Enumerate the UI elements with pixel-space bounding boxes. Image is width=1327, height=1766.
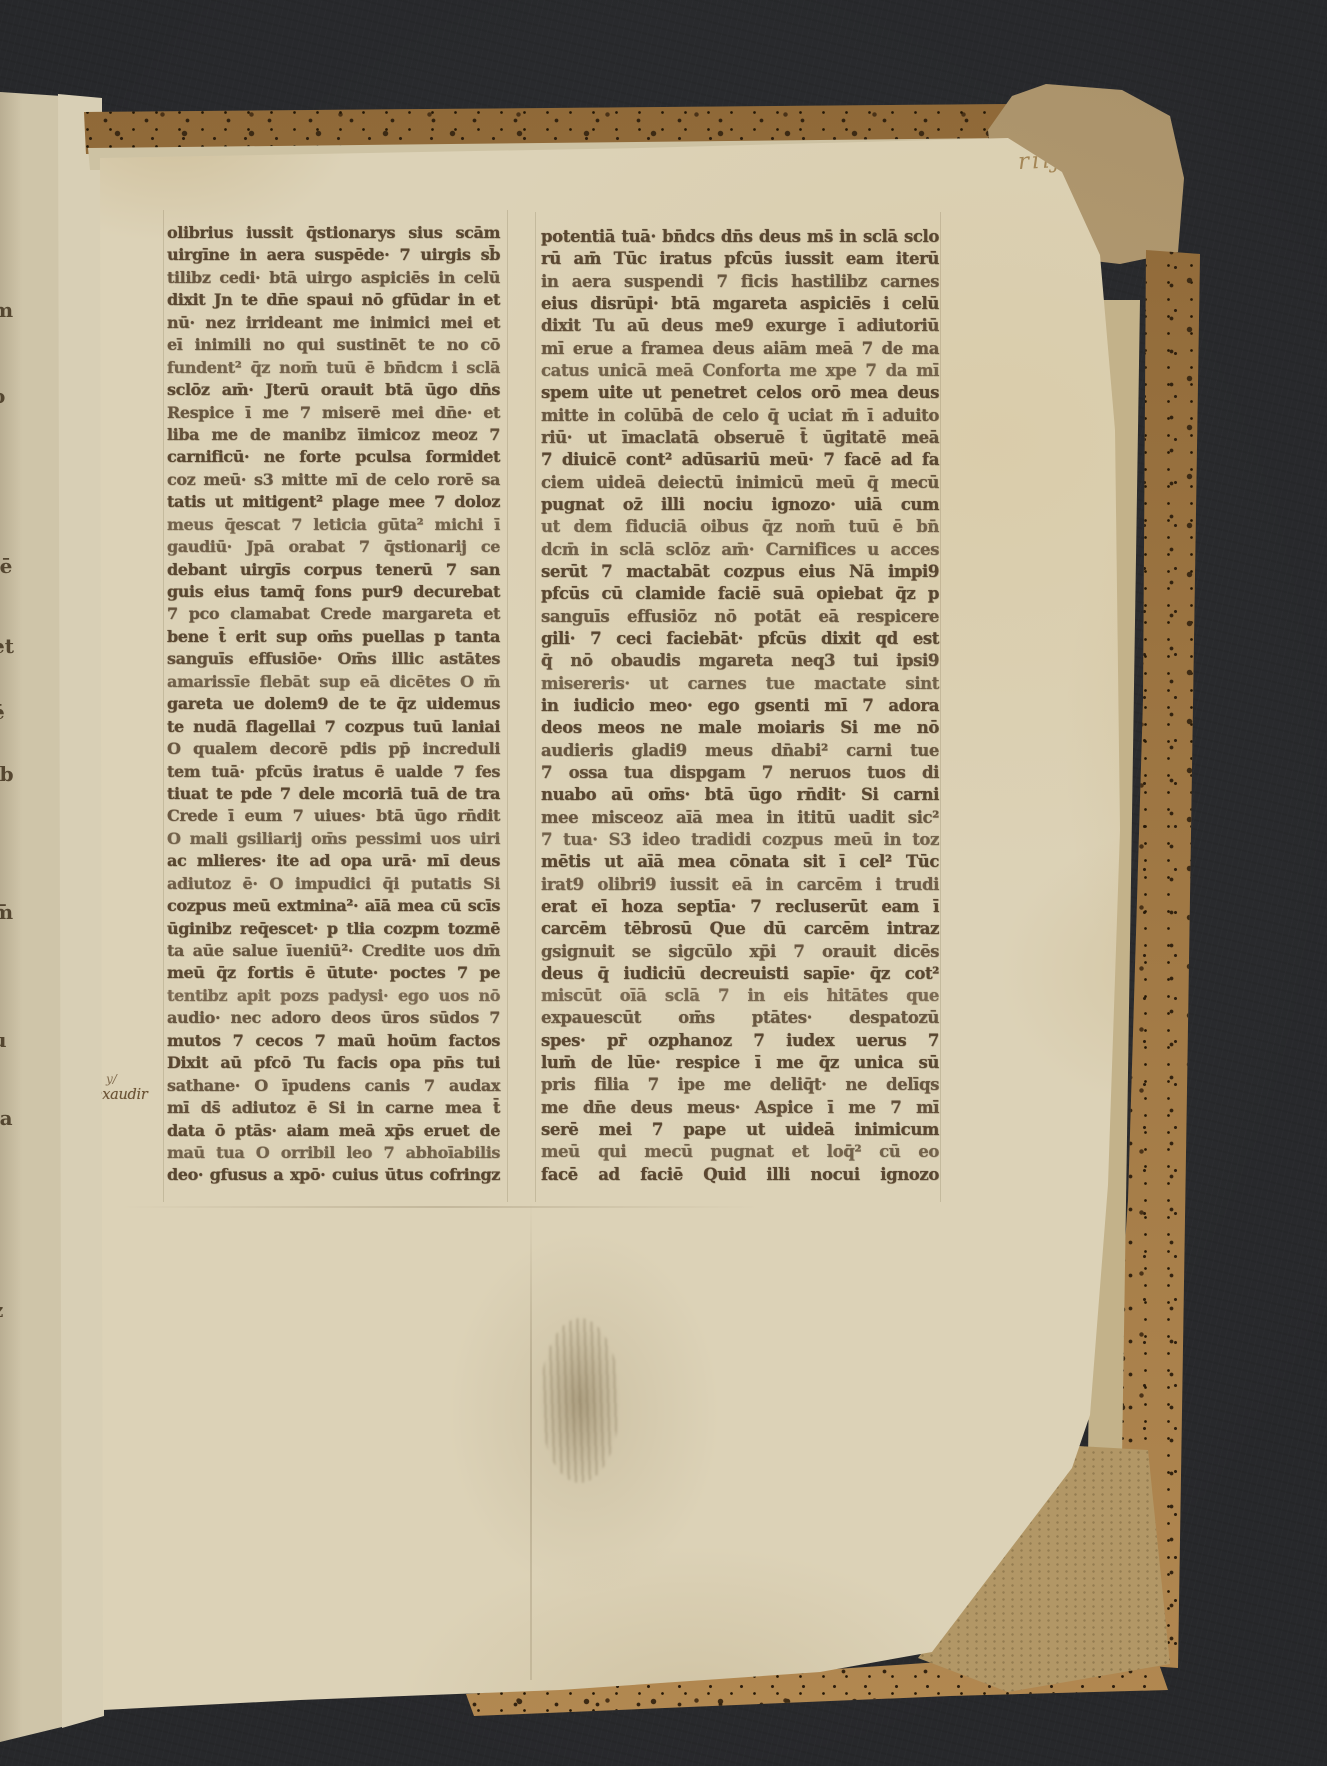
manuscript-text-line: te nudā flagellai 7 cozpus tuū laniai [167, 716, 500, 738]
manuscript-text-line: deo· gfusus a xpō· cuius ūtus cofringz [167, 1164, 500, 1186]
facing-leaf-text-fragments: molēetēibm̄ulaz [0, 250, 17, 1400]
manuscript-text-line: tilibz cedi· btā uirgo aspiciēs in celū [167, 267, 500, 289]
manuscript-text-line: uirgīne in aera suspēde· 7 uirgis sb̄ [167, 244, 500, 266]
manuscript-text-line: q̄ nō obaudis mgareta neq3 tui ipsi9 [541, 650, 939, 672]
manuscript-text-line: adiutoz ē· O impudici q̄i putatis Si [167, 873, 500, 895]
manuscript-text-line: eī inimili no qui sustinēt te no cō [167, 334, 500, 356]
manuscript-text-line: eius disrūpi· btā mgareta aspiciēs i cel… [541, 293, 939, 315]
manuscript-text-line: maū tua O orribil leo 7 abhoīabilis [167, 1142, 500, 1164]
manuscript-text-line: 7 tua· S3 ideo tradidi cozpus meū in toz [541, 829, 939, 851]
manuscript-text-line: deos meos ne male moiaris Si me nō [541, 717, 939, 739]
manuscript-text-line: dcm̄ in sclā sclōz am̄· Carnifices u acc… [541, 539, 939, 561]
manuscript-text-line: olibrius iussit q̄stionarys sius scām [167, 222, 500, 244]
vertical-crease [530, 1200, 532, 1680]
ruling-line [535, 212, 536, 1202]
manuscript-text-line: guis eius tamq̄ fons pur9 decurebat [167, 581, 500, 603]
manuscript-text-line: 7 pco clamabat Crede margareta et [167, 603, 500, 625]
marginal-nota-mark: y/ [106, 1072, 172, 1086]
manuscript-text-line: ciem uideā deiectū inimicū meū q̄ mecū [541, 472, 939, 494]
text-fragment: la [0, 1106, 16, 1130]
manuscript-text-line: ūginibz req̄escet· p tlia cozpm tozmē [167, 918, 500, 940]
manuscript-text-line: Respice ī me 7 miserē mei dn̄e· et [167, 402, 500, 424]
manuscript-text-line: spes· pr̄ ozphanoz 7 iudex uerus 7 [541, 1030, 939, 1052]
manuscript-text-line: carnificū· ne forte pculsa formidet [167, 446, 500, 468]
manuscript-text-line: 7 diuicē cont² adūsariū meū· 7 facē ad f… [541, 449, 939, 471]
marginal-annotation-text: exaudir [94, 1087, 172, 1103]
manuscript-text-line: serē mei 7 pape ut uideā inimicum [541, 1119, 939, 1141]
text-fragment: o [0, 384, 16, 408]
manuscript-text-line: mētis ut aīā mea cōnata sit ī cel² Tūc [541, 851, 939, 873]
manuscript-text-line: nuabo aū om̄s· btā ūgo rn̄dit· Si carni [541, 784, 939, 806]
manuscript-text-line: catus unicā meā Conforta me xpe 7 da mī [541, 360, 939, 382]
manuscript-text-line: rū am̄ Tūc iratus pfcūs iussit eam iterū [541, 248, 939, 270]
horizontal-crease [120, 1206, 760, 1208]
manuscript-text-line: bene t̄ erit sup om̄s puellas p tanta [167, 626, 500, 648]
manuscript-text-line: erat eī hoza septīa· 7 recluserūt eam ī [541, 896, 939, 918]
manuscript-text-line: sclōz am̄· Jterū orauit btā ūgo dn̄s [167, 379, 500, 401]
manuscript-text-line: cozpus meū extmina²· aīā mea cū scīs [167, 895, 500, 917]
manuscript-text-line: liba me de manibz īimicoz meoz 7 [167, 424, 500, 446]
manuscript-text-line: meū q̄z fortis ē ūtute· poctes 7 pe [167, 962, 500, 984]
manuscript-text-line: nū· nez irrideant me inimici mei et [167, 312, 500, 334]
manuscript-text-line: gili· 7 ceci faciebāt· pfcūs dixit qd es… [541, 628, 939, 650]
text-column-left: olibrius iussit q̄stionarys sius scāmuir… [167, 222, 500, 1187]
parchment-wrinkle [540, 1318, 620, 1483]
manuscript-text-line: gsignuit se sigcūlo xp̄i 7 orauit dicēs [541, 941, 939, 963]
manuscript-text-line: mitte in colūbā de celo q̄ uciat m̄ ī ad… [541, 405, 939, 427]
text-fragment: lē [0, 554, 16, 578]
manuscript-text-line: gareta ue dolem9 de te q̄z uidemus [167, 693, 500, 715]
manuscript-text-line: meū qui mecū pugnat et loq̄² cū eo [541, 1141, 939, 1163]
manuscript-text-line: data ō ptās· aiam meā xp̄s eruet de [167, 1120, 500, 1142]
manuscript-text-line: tatis ut mitigent² plage mee 7 doloz [167, 491, 500, 513]
text-column-right: potentiā tuā· bn̄dcs dn̄s deus ms̄ in sc… [541, 226, 939, 1186]
manuscript-text-line: riū· ut īmaclatā obseruē t̄ ūgitatē meā [541, 427, 939, 449]
manuscript-text-line: potentiā tuā· bn̄dcs dn̄s deus ms̄ in sc… [541, 226, 939, 248]
manuscript-text-line: gaudiū· Jpā orabat 7 q̄stionarij ce [167, 536, 500, 558]
manuscript-text-line: Crede ī eum 7 uiues· btā ūgo rn̄dit [167, 805, 500, 827]
manuscript-text-line: 7 ossa tua dispgam 7 neruos tuos di [541, 762, 939, 784]
manuscript-text-line: ut dem fiduciā oibus q̄z nom̄ tuū ē bn̄ [541, 516, 939, 538]
manuscript-text-line: in aera suspendi 7 ficis hastilibz carne… [541, 271, 939, 293]
manuscript-text-line: audio· nec adoro deos ūros sūdos 7 [167, 1007, 500, 1029]
manuscript-text-line: ta aūe salue īueniū²· Credite uos dm̄ [167, 940, 500, 962]
manuscript-text-line: me dn̄e deus meus· Aspice ī me 7 mī [541, 1097, 939, 1119]
manuscript-text-line: debant uirgīs corpus tenerū 7 san [167, 559, 500, 581]
manuscript-text-line: tentibz apit pozs padysi· ego uos nō [167, 985, 500, 1007]
manuscript-text-line: mutos 7 cecos 7 maū hoūm factos [167, 1030, 500, 1052]
manuscript-text-line: mee misceoz aīā mea in ititū uadit sic² [541, 807, 939, 829]
manuscript-text-line: mī ds̄ adiutoz ē Si in carne mea t̄ [167, 1097, 500, 1119]
marginal-annotation: y/ exaudir [94, 1072, 172, 1103]
text-fragment: ib [0, 762, 16, 786]
manuscript-text-line: expauescūt om̄s ptātes· despatozū [541, 1007, 939, 1029]
manuscript-text-line: serūt 7 mactabāt cozpus eius Nā impi9 [541, 561, 939, 583]
manuscript-text-line: carcēm tēbrosū Que dū carcēm intraz [541, 918, 939, 940]
manuscript-text-line: facē ad faciē Quid illi nocui ignozo [541, 1164, 939, 1186]
manuscript-text-line: sathane· O īpudens canis 7 audax [167, 1075, 500, 1097]
manuscript-text-line: sanguīs effusiōe· Om̄s illic astātes [167, 648, 500, 670]
manuscript-text-line: Dixit aū pfcō Tu facis opa pn̄s tui [167, 1052, 500, 1074]
manuscript-text-line: fundent² q̄z nom̄ tuū ē bn̄dcm i sclā [167, 357, 500, 379]
ruling-line [163, 210, 164, 1202]
manuscript-text-line: in iudicio meo· ego gsenti mī 7 adora [541, 695, 939, 717]
manuscript-text-line: miscūt oīā sclā 7 in eis hitātes que [541, 985, 939, 1007]
manuscript-text-line: O mali gsiliarij om̄s pessimi uos uiri [167, 828, 500, 850]
manuscript-text-line: meus q̄escat 7 leticia gūta² michi ī [167, 514, 500, 536]
manuscript-text-line: deus q̄ iudiciū decreuisti sapīe· q̄z co… [541, 963, 939, 985]
manuscript-text-line: sanguīs effusiōz nō potāt eā respicere [541, 606, 939, 628]
manuscript-text-line: mī erue a framea deus aiām meā 7 de ma [541, 338, 939, 360]
manuscript-text-line: O qualem decorē pdis pp̄ increduli [167, 738, 500, 760]
manuscript-text-line: lum̄ de lūe· respice ī me q̄z unica sū [541, 1052, 939, 1074]
manuscript-text-line: tem tuā· pfcūs iratus ē ualde 7 fes [167, 761, 500, 783]
manuscript-text-line: pfcūs cū clamide faciē suā opiebat q̄z p [541, 583, 939, 605]
text-fragment: ē [0, 700, 16, 724]
manuscript-text-line: pris filia 7 ipe me deliq̄t· ne delīqs [541, 1074, 939, 1096]
ruling-line [940, 212, 941, 1202]
text-fragment: u [0, 1028, 16, 1052]
manuscript-text-line: amarissīe flebāt sup eā dicētes O m̄ [167, 671, 500, 693]
manuscript-text-line: tiuat te pde 7 dele mcoriā tuā de tra [167, 783, 500, 805]
manuscript-text-line: ac mlieres· ite ad opa urā· mī deus [167, 850, 500, 872]
manuscript-text-line: irat9 olibri9 iussit eā in carcēm i trud… [541, 874, 939, 896]
photo-backdrop: molēetēibm̄ulaz riij y/ exaudir olibrius… [0, 0, 1327, 1766]
text-fragment: et [0, 634, 16, 658]
manuscript-text-line: misereris· ut carnes tue mactate sint [541, 673, 939, 695]
manuscript-text-line: coz meū· s3 mitte mī de celo rorē sa [167, 469, 500, 491]
manuscript-text-line: pugnat oz̄ illi nociu ignozo· uiā cum [541, 494, 939, 516]
manuscript-text-line: audieris gladi9 meus dn̄abi² carni tue [541, 740, 939, 762]
manuscript-text-line: dixit Tu aū deus me9 exurge ī adiutoriū [541, 315, 939, 337]
text-fragment: m̄ [0, 900, 16, 924]
manuscript-text-line: spem uite ut penetret celos orō mea deus [541, 382, 939, 404]
ruling-line [507, 210, 508, 1202]
text-fragment: z [0, 1298, 16, 1322]
manuscript-text-line: dixit Jn te dn̄e spaui nō gfūdar in et [167, 289, 500, 311]
text-fragment: m [0, 298, 16, 322]
